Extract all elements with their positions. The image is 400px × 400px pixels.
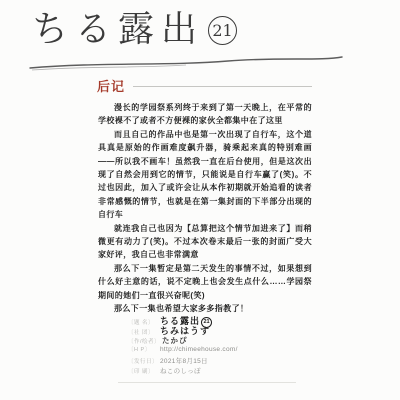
colophon-label: 〔作/绘者〕 [128,337,160,345]
colophon-label: 〔H P〕 [128,345,158,353]
colophon-row: 〔题 名〕 ちる露出 21 [128,314,298,324]
circled-volume-number: 21 [208,16,237,45]
colophon-row: 〔印 刷〕 ねこのしっぽ [128,366,298,376]
colophon: 〔题 名〕 ちる露出 21 〔社 团〕 ちみはうす 〔作/绘者〕 たかぴ 〔H … [128,314,298,376]
afterword-body: 漫长的学园祭系列终于来到了第一天晚上，在平常的学校裸不了或者不方便裸的家伙全都集… [98,101,312,301]
colophon-value: たかぴ [162,335,188,346]
book-title-block: ちる露出21 [32,8,362,66]
afterword-paragraph: 就连我自己也因为【总算把这个情节加进来了】而稍微更有动力了(笑)。不过本次卷末最… [98,222,312,262]
colophon-label: 〔印 刷〕 [128,367,158,375]
afterword-heading: 后记 [97,76,125,95]
book-title-text: ちる露出 [32,9,204,50]
colophon-divider [118,382,296,383]
book-title: ちる露出21 [32,8,362,51]
heading-rule [133,86,312,87]
afterword-heading-row: 后记 [97,78,312,92]
colophon-label: 〔题 名〕 [128,318,158,326]
afterword-paragraph: 漫长的学园祭系列终于来到了第一天晚上，在平常的学校裸不了或者不方便裸的家伙全都集… [98,101,312,128]
colophon-row: 〔发行日〕 2021年8月15日 [128,356,298,366]
circled-volume-number-small: 21 [201,317,212,328]
afterword-page: ちる露出21 后记 漫长的学园祭系列终于来到了第一天晚上，在平常的学校裸不了或者… [0,0,400,400]
colophon-value: 2021年8月15日 [160,356,208,365]
colophon-label: 〔社 团〕 [128,328,158,336]
afterword-paragraph: 那么下一集暂定是第二天发生的事情不过，如果想到什么好主意的话，说不定晚上也会发生… [98,262,312,302]
colophon-value: http://chimeehouse.com/ [160,346,238,353]
colophon-row: 〔作/绘者〕 たかぴ [128,335,298,345]
colophon-label: 〔发行日〕 [128,357,158,365]
colophon-value: ねこのしっぽ [160,366,201,375]
title-underline-stroke [28,52,346,74]
afterword-paragraph: 而且自己的作品中也是第一次出现了自行车，这个道具真是原始的作画难度飙升器，骑乘起… [98,128,312,222]
colophon-row: 〔H P〕 http://chimeehouse.com/ [128,345,298,355]
